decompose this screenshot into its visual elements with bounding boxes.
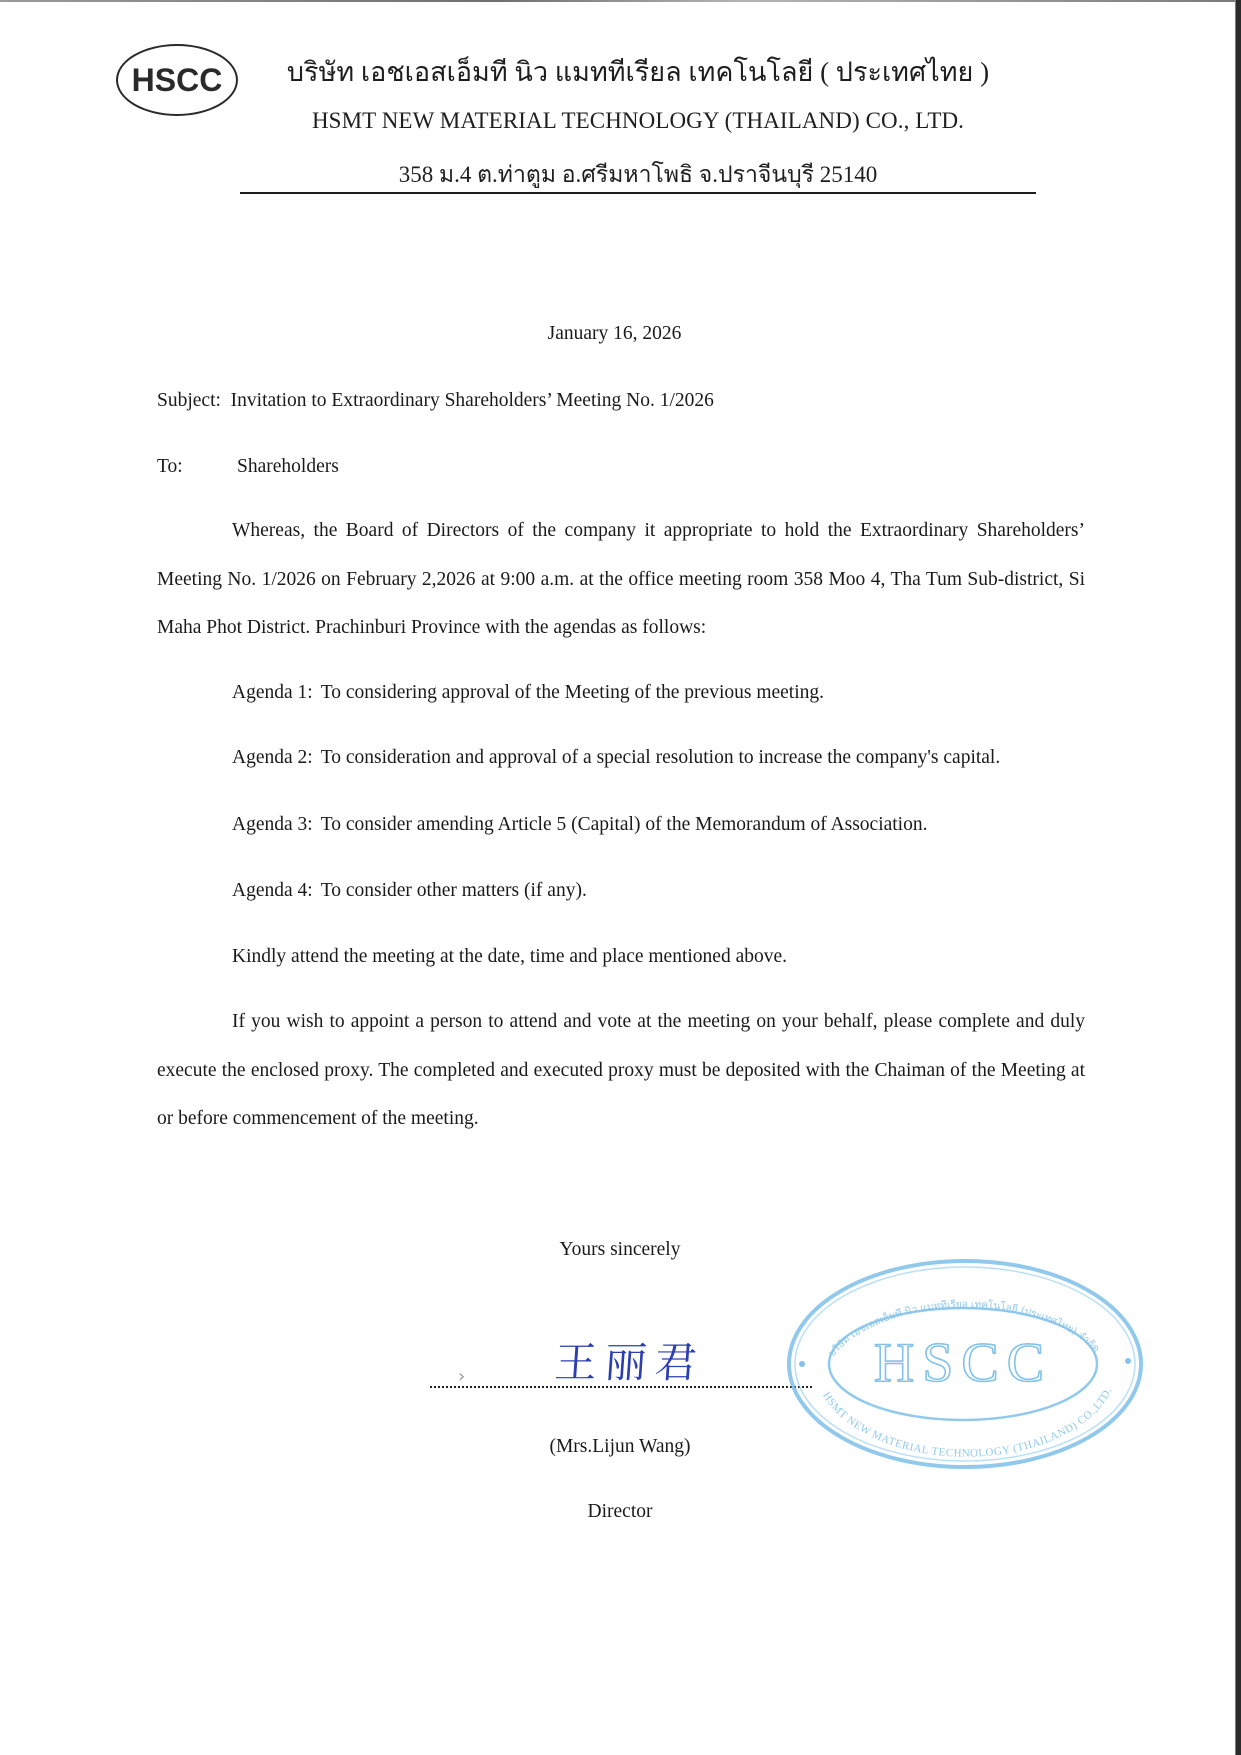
subject-line: Subject: Invitation to Extraordinary Sha…: [157, 391, 714, 411]
agenda-label: Agenda 2:: [232, 748, 313, 768]
agenda-item: Agenda 3:To consider amending Article 5 …: [232, 815, 927, 835]
recipient-label: To:: [157, 457, 183, 477]
agenda-item: Agenda 4:To consider other matters (if a…: [232, 881, 587, 901]
proxy-paragraph: If you wish to appoint a person to atten…: [157, 998, 1085, 1144]
agenda-label: Agenda 1:: [232, 683, 313, 703]
agenda-text: To consider other matters (if any).: [321, 880, 587, 901]
signer-title: Director: [430, 1502, 810, 1522]
logo-text: HSCC: [132, 62, 223, 99]
handwritten-signature: 王丽君: [553, 1330, 707, 1390]
intro-paragraph: Whereas, the Board of Directors of the c…: [157, 507, 1085, 653]
closing-salutation: Yours sincerely: [430, 1240, 810, 1260]
scan-edge-right: [1235, 0, 1241, 1755]
company-name-thai: บริษัท เอชเอสเอ็มที นิว แมททีเรียล เทคโน…: [240, 50, 1036, 93]
stamp-dot-right: [1125, 1358, 1131, 1364]
agenda-item: Agenda 2:To consideration and approval o…: [232, 748, 1000, 768]
company-name-english: HSMT NEW MATERIAL TECHNOLOGY (THAILAND) …: [240, 108, 1036, 134]
agenda-item: Agenda 1:To considering approval of the …: [232, 683, 824, 703]
agenda-text: To consideration and approval of a speci…: [321, 747, 1001, 768]
letterhead-divider: [240, 192, 1036, 194]
attend-note: Kindly attend the meeting at the date, t…: [232, 947, 787, 967]
agenda-text: To considering approval of the Meeting o…: [321, 682, 824, 703]
company-logo: HSCC: [116, 44, 238, 116]
agenda-text: To consider amending Article 5 (Capital)…: [321, 814, 928, 835]
stamp-center-text: HSCC: [874, 1332, 1052, 1394]
stamp-dot-left: [799, 1361, 805, 1367]
signer-name: (Mrs.Lijun Wang): [430, 1437, 810, 1457]
agenda-label: Agenda 3:: [232, 815, 313, 835]
date-text: January 16, 2026: [548, 323, 682, 344]
company-seal-stamp: HSCC บริษัท เอชเอสเอ็มที นิว แมททีเรียล …: [785, 1257, 1145, 1471]
recipient: Shareholders: [237, 457, 339, 477]
letter-date: January 16, 2026: [0, 324, 1241, 344]
signature-line: [430, 1386, 812, 1388]
company-address: 358 ม.4 ต.ท่าตูม อ.ศรีมหาโพธิ จ.ปราจีนบุ…: [240, 157, 1036, 193]
subject-label: Subject:: [157, 390, 221, 411]
agenda-label: Agenda 4:: [232, 881, 313, 901]
subject-text: Invitation to Extraordinary Shareholders…: [231, 390, 714, 411]
scan-mark: ›: [458, 1366, 465, 1387]
scan-edge-top: [0, 0, 1241, 2]
